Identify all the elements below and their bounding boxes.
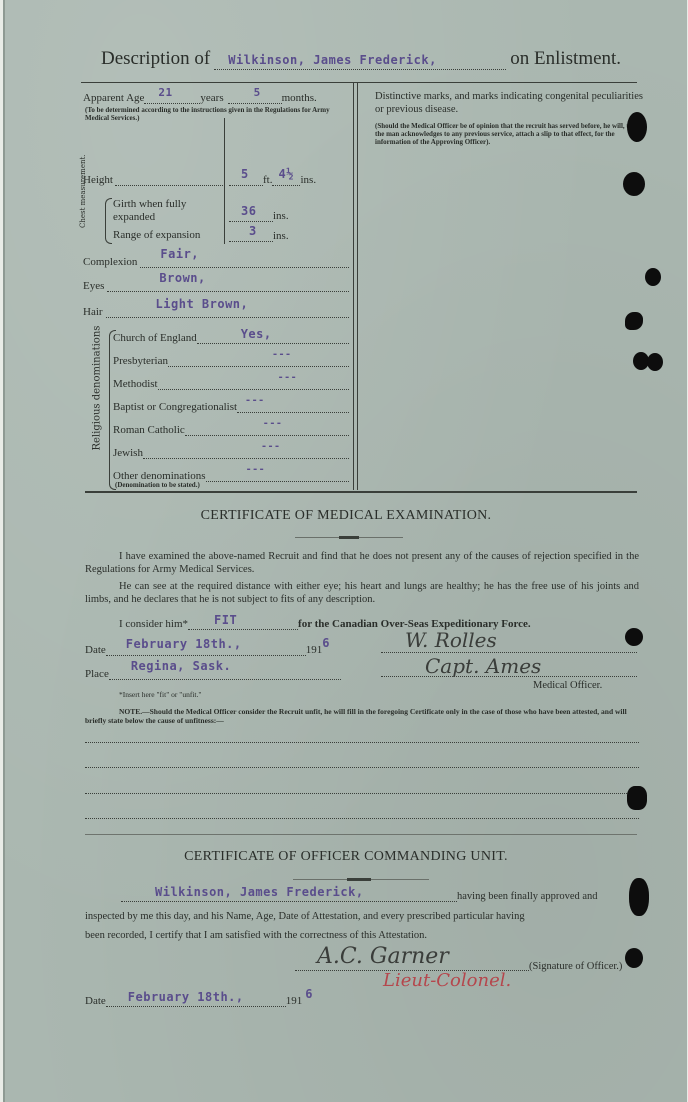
fitness-row: I consider him* FIT for the Canadian Ove… — [119, 614, 639, 630]
years-label: years — [200, 92, 223, 104]
description-title: Description of Wilkinson, James Frederic… — [101, 46, 631, 70]
girth-label: Girth when fully expanded — [113, 198, 221, 224]
eyes-field: Brown, — [107, 277, 349, 292]
religion-field: --- — [185, 423, 349, 436]
religion-label: Jewish — [113, 447, 143, 459]
unfitness-line — [85, 818, 639, 819]
eyes-value: Brown, — [159, 271, 205, 285]
unfitness-line — [85, 767, 639, 768]
religion-item: Methodist --- — [113, 374, 349, 390]
binding-hole — [647, 353, 663, 371]
chest-brace — [105, 198, 112, 244]
girth-value: 36 — [241, 204, 256, 218]
commanding-officer-rank: Lieut-Colonel. — [383, 970, 511, 991]
religion-field: --- — [237, 400, 349, 413]
age-months-field: 5 — [228, 91, 282, 104]
religion-field: Yes, — [197, 331, 349, 344]
girth-field: 36 — [229, 207, 273, 222]
complexion-field: Fair, — [140, 253, 349, 268]
religion-field: --- — [206, 469, 349, 482]
hair-field: Light Brown, — [106, 303, 349, 318]
religion-label: Methodist — [113, 378, 158, 390]
age-years-value: 21 — [158, 86, 172, 99]
age-years-field: 21 — [144, 91, 200, 104]
section-divider — [85, 491, 637, 493]
binding-hole — [623, 172, 645, 196]
medical-heading: CERTIFICATE OF MEDICAL EXAMINATION. — [5, 508, 687, 524]
religion-value: --- — [246, 464, 266, 475]
hair-label: Hair — [83, 306, 103, 318]
religion-field: --- — [168, 354, 349, 367]
title-prefix: Description of — [101, 48, 210, 70]
religion-value: --- — [263, 418, 283, 429]
hair-row: Hair Light Brown, — [83, 300, 349, 318]
date-label: Date — [85, 644, 106, 656]
apparent-age-row: Apparent Age 21 years 5 months. — [83, 88, 351, 104]
height-row: Height — [83, 172, 223, 186]
religion-field: --- — [158, 377, 349, 390]
age-months-value: 5 — [254, 86, 261, 99]
medical-date-value: February 18th., — [126, 637, 242, 651]
medical-date-field: February 18th., — [106, 643, 306, 656]
religion-value: --- — [272, 349, 292, 360]
ins-label: ins. — [300, 174, 316, 186]
range-value: 3 — [249, 224, 257, 238]
commanding-date-value: February 18th., — [128, 990, 244, 1004]
measure-divider — [224, 118, 225, 244]
unfitness-line — [85, 742, 639, 743]
height-leader — [115, 175, 223, 186]
eyes-label: Eyes — [83, 280, 104, 292]
commanding-officer-signature: A.C. Garner — [317, 944, 449, 969]
hair-value: Light Brown, — [156, 297, 249, 311]
religion-value: Yes, — [241, 327, 272, 341]
distinctive-marks-note: (Should the Medical Officer be of opinio… — [375, 122, 645, 146]
religion-label: Roman Catholic — [113, 424, 185, 436]
commanding-text-1: having been finally approved and — [457, 891, 598, 902]
religion-item: Church of England Yes, — [113, 328, 349, 344]
column-divider — [353, 82, 354, 490]
heading-rule-center — [347, 878, 371, 881]
place-value: Regina, Sask. — [131, 659, 231, 673]
column-divider — [357, 82, 358, 490]
fit-footnote: *Insert here "fit" or "unfit." — [119, 690, 201, 699]
title-suffix: on Enlistment. — [510, 48, 621, 70]
unfitness-line — [85, 793, 639, 794]
consider-prefix: I consider him* — [119, 618, 188, 630]
medical-officer-signature: W. Rolles — [405, 628, 497, 652]
binding-hole — [627, 786, 647, 810]
complexion-row: Complexion Fair, — [83, 250, 349, 268]
ft-label: ft. — [263, 174, 272, 186]
binding-hole — [629, 878, 649, 916]
fitness-value: FIT — [214, 613, 237, 627]
divider — [81, 82, 637, 83]
chest-side-label: Chest measurement. — [79, 188, 87, 228]
religion-value: --- — [245, 395, 265, 406]
medical-para-2: He can see at the required distance with… — [85, 580, 639, 606]
year-prefix: 191 — [286, 995, 303, 1007]
commanding-text-2: inspected by me this day, and his Name, … — [85, 911, 645, 922]
fitness-field: FIT — [188, 617, 298, 630]
place-field: Regina, Sask. — [109, 667, 341, 680]
binding-hole — [645, 268, 661, 286]
height-value-row: 5 ft. 4½ ins. — [229, 166, 353, 186]
distinctive-marks-heading: Distinctive marks, and marks indicating … — [375, 90, 645, 116]
unfitness-note: NOTE.—Should the Medical Officer conside… — [85, 707, 641, 725]
commanding-date-row: Date February 18th., 191 6 — [85, 991, 335, 1007]
commanding-name-field: Wilkinson, James Frederick, — [121, 889, 457, 902]
girth-value-row: 36 ins. — [229, 204, 353, 222]
height-ins-value: 4½ — [278, 167, 293, 181]
commanding-heading: CERTIFICATE OF OFFICER COMMANDING UNIT. — [5, 849, 687, 865]
religion-item: Jewish --- — [113, 443, 349, 459]
religion-label: Church of England — [113, 332, 197, 344]
religion-value: --- — [278, 372, 298, 383]
other-denomination-note: (Denomination to be stated.) — [115, 481, 200, 489]
range-field: 3 — [229, 227, 273, 242]
height-ft-field: 5 — [229, 171, 263, 186]
year-suffix: 6 — [305, 987, 313, 1001]
girth-unit: ins. — [273, 210, 289, 222]
age-label: Apparent Age — [83, 92, 144, 104]
months-label: months. — [282, 92, 317, 104]
height-label: Height — [83, 174, 113, 186]
section-divider — [85, 834, 637, 835]
religion-side-label: Religious denominations — [92, 351, 103, 451]
binding-hole — [625, 628, 643, 646]
range-unit: ins. — [273, 230, 289, 242]
religion-value: --- — [261, 441, 281, 452]
religion-field: --- — [143, 446, 349, 459]
religion-label: Presbyterian — [113, 355, 168, 367]
recruit-name-value: Wilkinson, James Frederick, — [228, 53, 437, 67]
commanding-name-value: Wilkinson, James Frederick, — [155, 885, 364, 899]
heading-rule-center — [339, 536, 359, 539]
medical-officer-rank-signature: Capt. Ames — [425, 654, 541, 678]
place-label: Place — [85, 668, 109, 680]
year-suffix: 6 — [322, 636, 330, 650]
eyes-row: Eyes Brown, — [83, 274, 349, 292]
complexion-value: Fair, — [160, 247, 199, 261]
document-page: Description of Wilkinson, James Frederic… — [3, 0, 687, 1102]
height-ins-field: 4½ — [272, 171, 300, 186]
medical-para-1: I have examined the above-named Recruit … — [85, 550, 639, 576]
religion-item: Roman Catholic --- — [113, 420, 349, 436]
commanding-date-field: February 18th., — [106, 994, 286, 1007]
range-value-row: 3 ins. — [229, 224, 353, 242]
commanding-name-row: Wilkinson, James Frederick, having been … — [121, 886, 641, 902]
medical-officer-label: Medical Officer. — [533, 680, 602, 691]
religion-item: Presbyterian --- — [113, 351, 349, 367]
height-ft-value: 5 — [241, 167, 249, 181]
religion-item: Baptist or Congregationalist --- — [113, 397, 349, 413]
age-note: (To be determined according to the instr… — [85, 106, 353, 122]
religion-item: Other denominations --- — [113, 466, 349, 482]
binding-hole — [625, 948, 643, 968]
range-label: Range of expansion — [113, 229, 221, 241]
complexion-label: Complexion — [83, 256, 137, 268]
date-label: Date — [85, 995, 106, 1007]
religion-label: Baptist or Congregationalist — [113, 401, 237, 413]
year-prefix: 191 — [306, 644, 323, 656]
commanding-text-3: been recorded, I certify that I am satis… — [85, 930, 645, 941]
binding-hole — [627, 112, 647, 142]
medical-signature-line — [381, 652, 637, 653]
signature-of-officer-label: (Signature of Officer.) — [529, 961, 622, 972]
medical-date-row: Date February 18th., 191 6 — [85, 640, 355, 656]
place-row: Place Regina, Sask. — [85, 664, 341, 680]
recruit-name-field: Wilkinson, James Frederick, — [214, 51, 506, 70]
binding-hole — [625, 312, 643, 330]
